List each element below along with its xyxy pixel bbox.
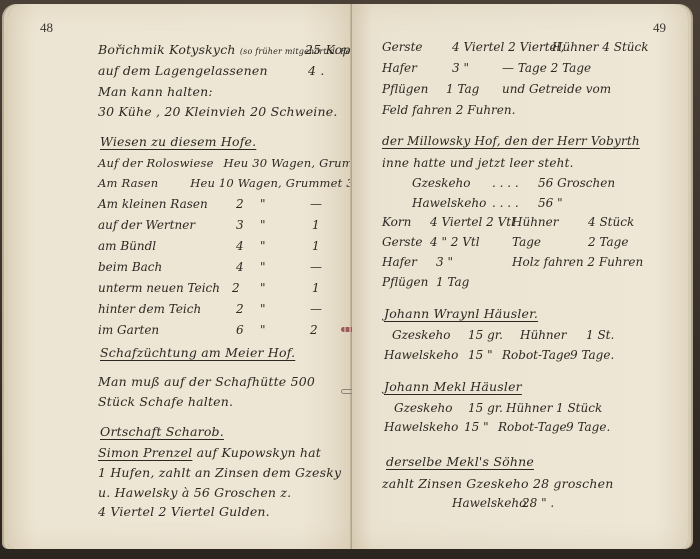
mekl-sons-heading: derselbe Mekl's Söhne: [386, 454, 534, 469]
payment-dots: . . . .: [492, 196, 519, 210]
meadow-name: im Garten: [98, 323, 159, 337]
mekl-value: 15 ": [464, 420, 489, 434]
open-ledger-book: 48 Bořichmik Kotyskych (so früher mitgeh…: [0, 0, 700, 559]
payment-name: Hawelskeho: [412, 196, 486, 210]
mekl-sons-value: 28 " .: [522, 496, 554, 510]
due-amount: 1 Tag: [436, 275, 469, 289]
due-item: Hühner: [512, 215, 559, 229]
meadow-name: auf der Wertner: [98, 218, 195, 232]
crop-name: Hafer: [382, 61, 417, 75]
estate-value: 25 Kopf: [305, 42, 355, 57]
due-item: Tage: [512, 235, 541, 249]
due-amount: 3 ": [436, 255, 453, 269]
ditto-mark: ": [260, 197, 266, 211]
crop-other: — Tage 2 Tage: [502, 61, 591, 75]
meadow-name: beim Bach: [98, 260, 162, 274]
meadow-hay: 2: [236, 302, 244, 316]
estate-line: auf dem Lagengelassenen: [98, 63, 268, 78]
wraynl-item: Hühner: [520, 328, 567, 342]
sheep-line: Stück Schafe halten.: [98, 394, 233, 409]
mekl-value: 15 gr.: [468, 401, 503, 415]
ditto-mark: ": [260, 281, 266, 295]
meadow-grummet: —: [310, 260, 322, 274]
crop-amount: 3 ": [452, 61, 469, 75]
due-amount: 4 " 2 Vtl: [430, 235, 480, 249]
payment-name: Gzeskeho: [412, 176, 471, 190]
mekl-sons-line: zahlt Zinsen Gzeskeho 28 groschen: [382, 476, 613, 491]
left-page: 48 Bořichmik Kotyskych (so früher mitgeh…: [8, 4, 352, 549]
meadow-name: am Bündl: [98, 239, 156, 253]
ditto-mark: ": [260, 239, 266, 253]
village-line: u. Hawelsky à 56 Groschen z.: [98, 485, 291, 500]
wraynl-item: Robot-Tage: [502, 348, 571, 362]
mekl-name: Gzeskeho: [394, 401, 453, 415]
due-crop: Korn: [382, 215, 411, 229]
meadow-grummet: —: [310, 197, 322, 211]
due-amount: 4 Viertel 2 Vtl: [430, 215, 515, 229]
meadow-hay: 4: [236, 260, 244, 274]
village-line: 1 Hufen, zahlt an Zinsen dem Gzesky: [98, 465, 341, 480]
crop-amount: 1 Tag: [446, 82, 479, 96]
wraynl-value: 15 ": [468, 348, 493, 362]
wraynl-heading: Johann Wraynl Häusler.: [384, 306, 538, 321]
estate-line: 30 Kühe , 20 Kleinvieh 20 Schweine.: [98, 104, 338, 119]
wraynl-name: Hawelskeho: [384, 348, 458, 362]
meadow-name: hinter dem Teich: [98, 302, 201, 316]
due-item-value: 2 Tage: [588, 235, 628, 249]
meadow-grummet: 1: [312, 218, 320, 232]
payment-value: 56 Groschen: [538, 176, 615, 190]
wraynl-name: Gzeskeho: [392, 328, 451, 342]
due-item-value: 4 Stück: [588, 215, 634, 229]
crop-amount: 4 Viertel 2 Viertel,: [452, 40, 564, 54]
page-number-left: 48: [40, 20, 53, 36]
ditto-mark: ": [260, 302, 266, 316]
village-line: Simon Prenzel auf Kupowskyn hat: [98, 445, 321, 460]
payment-value: 56 ": [538, 196, 563, 210]
meadow-name: Am kleinen Rasen: [98, 197, 208, 211]
millowsky-subline: inne hatte und jetzt leer steht.: [382, 156, 574, 170]
ditto-mark: ": [260, 323, 266, 337]
crop-name: Gerste: [382, 40, 423, 54]
wraynl-item-value: 9 Tage.: [570, 348, 614, 362]
due-crop: Pflügen: [382, 275, 428, 289]
due-crop: Gerste: [382, 235, 423, 249]
millowsky-heading: der Millowsky Hof, den der Herr Vobyrth: [382, 134, 640, 148]
meadow-grummet: 2: [310, 323, 318, 337]
mekl-item: Robot-Tage: [498, 420, 567, 434]
sheep-heading: Schafzüchtung am Meier Hof.: [100, 345, 295, 360]
meadow-name: unterm neuen Teich: [98, 281, 220, 295]
crop-name: Pflügen: [382, 82, 428, 96]
crop-name: Feld fahren 2 Fuhren.: [382, 103, 515, 117]
right-page: 49 Gerste 4 Viertel 2 Viertel, Hühner 4 …: [352, 4, 688, 549]
estate-value: 4 .: [308, 63, 325, 78]
crop-other: und Getreide vom: [502, 82, 611, 96]
due-item: Holz fahren 2 Fuhren: [512, 255, 643, 269]
mekl-sons-name: Hawelskeho: [452, 496, 526, 510]
page-number-right: 49: [653, 20, 666, 36]
ditto-mark: ": [260, 260, 266, 274]
meadow-hay: 2: [232, 281, 240, 295]
sheep-line: Man muß auf der Schafhütte 500: [98, 374, 315, 389]
wraynl-value: 15 gr.: [468, 328, 503, 342]
village-heading: Ortschaft Scharob.: [100, 424, 224, 439]
crop-other: Hühner 4 Stück: [552, 40, 649, 54]
meadows-heading: Wiesen zu diesem Hofe.: [100, 134, 256, 149]
due-crop: Hafer: [382, 255, 417, 269]
meadow-hay: 6: [236, 323, 244, 337]
ditto-mark: ": [260, 218, 266, 232]
mekl-item: Hühner: [506, 401, 553, 415]
meadow-hay: 3: [236, 218, 244, 232]
mekl-heading: Johann Mekl Häusler: [384, 379, 522, 394]
estate-line: Man kann halten:: [98, 84, 213, 99]
wraynl-item-value: 1 St.: [586, 328, 614, 342]
mekl-item-value: 1 Stück: [556, 401, 602, 415]
meadow-grummet: —: [310, 302, 322, 316]
meadow-grummet: 1: [312, 239, 320, 253]
payment-dots: . . . .: [492, 176, 519, 190]
village-line: 4 Viertel 2 Viertel Gulden.: [98, 504, 270, 519]
meadow-grummet: 1: [312, 281, 320, 295]
mekl-item-value: 9 Tage.: [566, 420, 610, 434]
meadow-hay: 4: [236, 239, 244, 253]
mekl-name: Hawelskeho: [384, 420, 458, 434]
meadow-hay: 2: [236, 197, 244, 211]
